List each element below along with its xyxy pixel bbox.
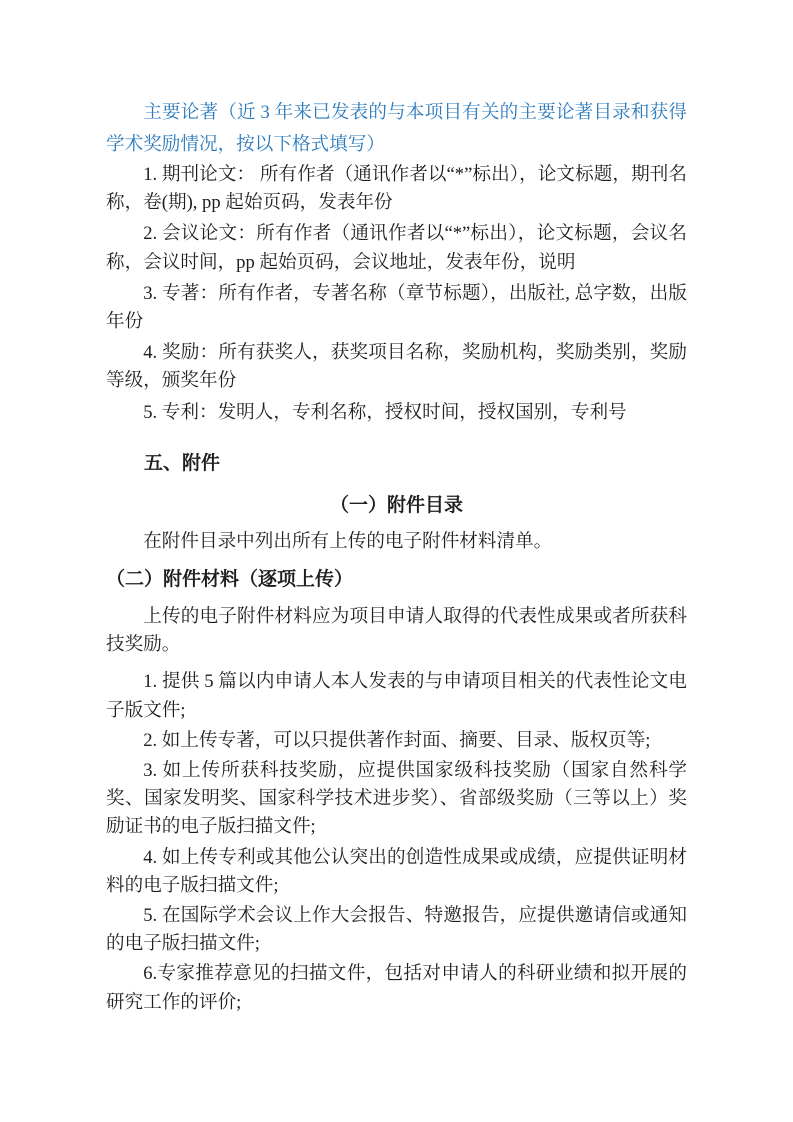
- attachment-item-sci-tech-awards: 3. 如上传所获科技奖励，应提供国家级科技奖励（国家自然科学奖、国家发明奖、国家…: [106, 757, 687, 842]
- section-title-attachments: 五、附件: [106, 451, 687, 477]
- publications-intro-note: 主要论著（近 3 年来已发表的与本项目有关的主要论著目录和获得学术奖励情况，按以…: [106, 97, 687, 161]
- attachment-item-monograph: 2. 如上传专著，可以只提供著作封面、摘要、目录、版权页等;: [106, 727, 687, 755]
- attachment-materials-intro: 上传的电子附件材料应为项目申请人取得的代表性成果或者所获科技奖励。: [106, 603, 687, 659]
- document-page: 主要论著（近 3 年来已发表的与本项目有关的主要论著目录和获得学术奖励情况，按以…: [0, 0, 793, 1122]
- format-item-journal-paper: 1. 期刊论文： 所有作者（通讯作者以“*”标出），论文标题，期刊名称，卷(期)…: [106, 161, 687, 217]
- format-item-monograph: 3. 专著：所有作者，专著名称（章节标题），出版社, 总字数，出版年份: [106, 280, 687, 336]
- subsection-title-attachment-list: （一）附件目录: [106, 493, 687, 519]
- attachment-item-conference-invitations: 5. 在国际学术会议上作大会报告、特邀报告，应提供邀请信或通知的电子版扫描文件;: [106, 902, 687, 958]
- attachment-item-patents-proof: 4. 如上传专利或其他公认突出的创造性成果或成绩，应提供证明材料的电子版扫描文件…: [106, 844, 687, 900]
- subsection-attachment-list-body: 在附件目录中列出所有上传的电子附件材料清单。: [106, 528, 687, 556]
- document-content: 主要论著（近 3 年来已发表的与本项目有关的主要论著目录和获得学术奖励情况，按以…: [106, 97, 687, 1019]
- format-item-award: 4. 奖励：所有获奖人，获奖项目名称，奖励机构，奖励类别，奖励等级，颁奖年份: [106, 339, 687, 395]
- attachment-item-expert-recommendations: 6.专家推荐意见的扫描文件，包括对申请人的科研业绩和拟开展的研究工作的评价;: [106, 960, 687, 1016]
- attachment-item-papers: 1. 提供 5 篇以内申请人本人发表的与申请项目相关的代表性论文电子版文件;: [106, 668, 687, 724]
- format-item-conference-paper: 2. 会议论文：所有作者（通讯作者以“*”标出），论文标题，会议名称，会议时间，…: [106, 220, 687, 276]
- subsection-title-attachment-materials: （二）附件材料（逐项上传）: [106, 567, 687, 593]
- format-item-patent: 5. 专利：发明人，专利名称，授权时间，授权国别，专利号: [106, 399, 687, 427]
